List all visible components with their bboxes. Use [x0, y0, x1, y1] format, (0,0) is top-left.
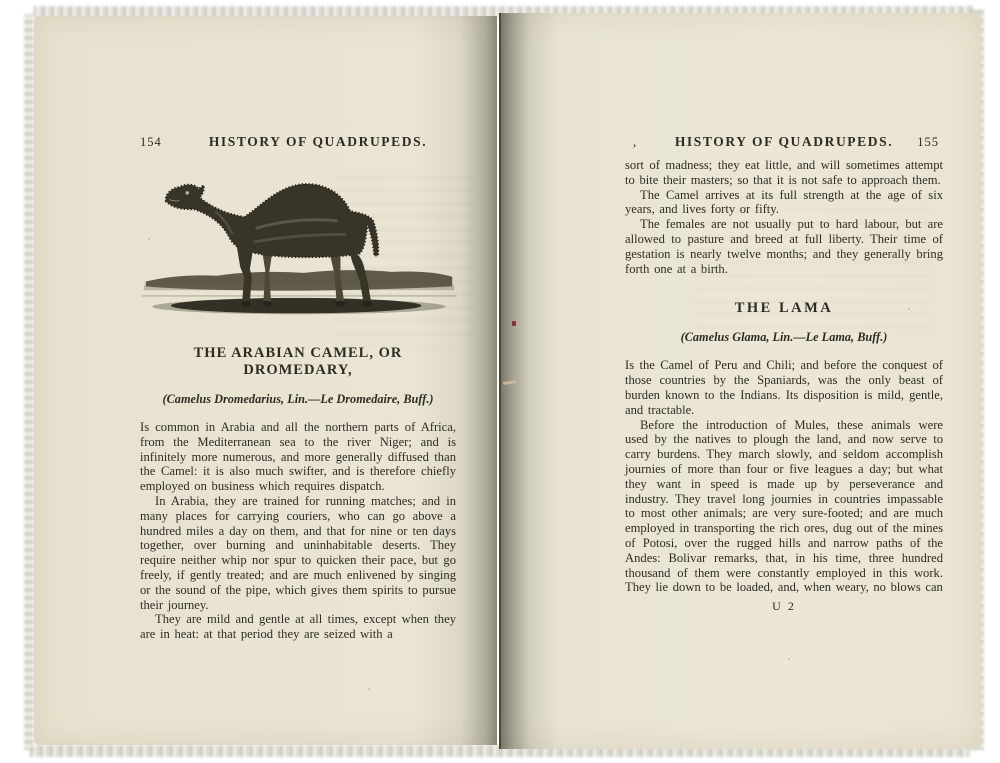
- left-citation: (Camelus Dromedarius, Lin.—Le Dromedaire…: [140, 392, 456, 407]
- paper-speckle: [788, 658, 790, 660]
- camel-body: [166, 184, 379, 257]
- paragraph: Is the Camel of Peru and Chili; and befo…: [625, 358, 943, 417]
- paragraph: Before the introduction of Mules, these …: [625, 418, 943, 596]
- left-page: 154 HISTORY OF QUADRUPEDS.: [34, 16, 497, 745]
- left-running-title: HISTORY OF QUADRUPEDS.: [170, 134, 466, 150]
- right-continuation-text: sort of madness; they eat little, and wi…: [625, 158, 943, 276]
- paper-speckle: [908, 308, 910, 310]
- camel-foot: [336, 301, 346, 307]
- camel-eye: [185, 191, 188, 194]
- right-page: , HISTORY OF QUADRUPEDS. 155 sort of mad…: [499, 13, 981, 749]
- left-section-title: THE ARABIAN CAMEL, OR DROMEDARY,: [140, 345, 456, 379]
- signature-mark: U 2: [625, 599, 943, 614]
- left-page-number: 154: [140, 135, 162, 150]
- right-running-title: HISTORY OF QUADRUPEDS.: [625, 134, 943, 150]
- camel-shadow: [171, 298, 422, 313]
- right-citation: (Camelus Glama, Lin.—Le Lama, Buff.): [625, 330, 943, 345]
- paper-speckle: [228, 508, 230, 510]
- camel-foot: [363, 301, 373, 307]
- open-book: 154 HISTORY OF QUADRUPEDS.: [28, 8, 985, 755]
- book-photo: 154 HISTORY OF QUADRUPEDS.: [0, 0, 1000, 763]
- red-speck: [512, 321, 516, 326]
- left-running-head: 154 HISTORY OF QUADRUPEDS.: [140, 134, 456, 152]
- right-page-number: 155: [917, 135, 939, 150]
- paragraph: The females are not usually put to hard …: [625, 217, 943, 276]
- camel-engraving-svg: [140, 158, 458, 326]
- camel-foot: [262, 301, 272, 307]
- paragraph: The Camel arrives at its full strength a…: [625, 188, 943, 218]
- right-body-text: Is the Camel of Peru and Chili; and befo…: [625, 358, 943, 595]
- camel-engraving-illustration: [140, 158, 456, 331]
- camel-foot: [241, 301, 251, 307]
- right-section-title: THE LAMA: [625, 300, 943, 317]
- paragraph: They are mild and gentle at all times, e…: [140, 612, 456, 642]
- ground-band: [144, 285, 454, 290]
- left-body-text: Is common in Arabia and all the northern…: [140, 420, 456, 642]
- paper-speckle: [148, 238, 150, 240]
- paragraph: Is common in Arabia and all the northern…: [140, 420, 456, 494]
- paper-speckle: [368, 688, 370, 690]
- paragraph: In Arabia, they are trained for running …: [140, 494, 456, 612]
- right-running-head: , HISTORY OF QUADRUPEDS. 155: [625, 134, 943, 152]
- paragraph: sort of madness; they eat little, and wi…: [625, 158, 943, 188]
